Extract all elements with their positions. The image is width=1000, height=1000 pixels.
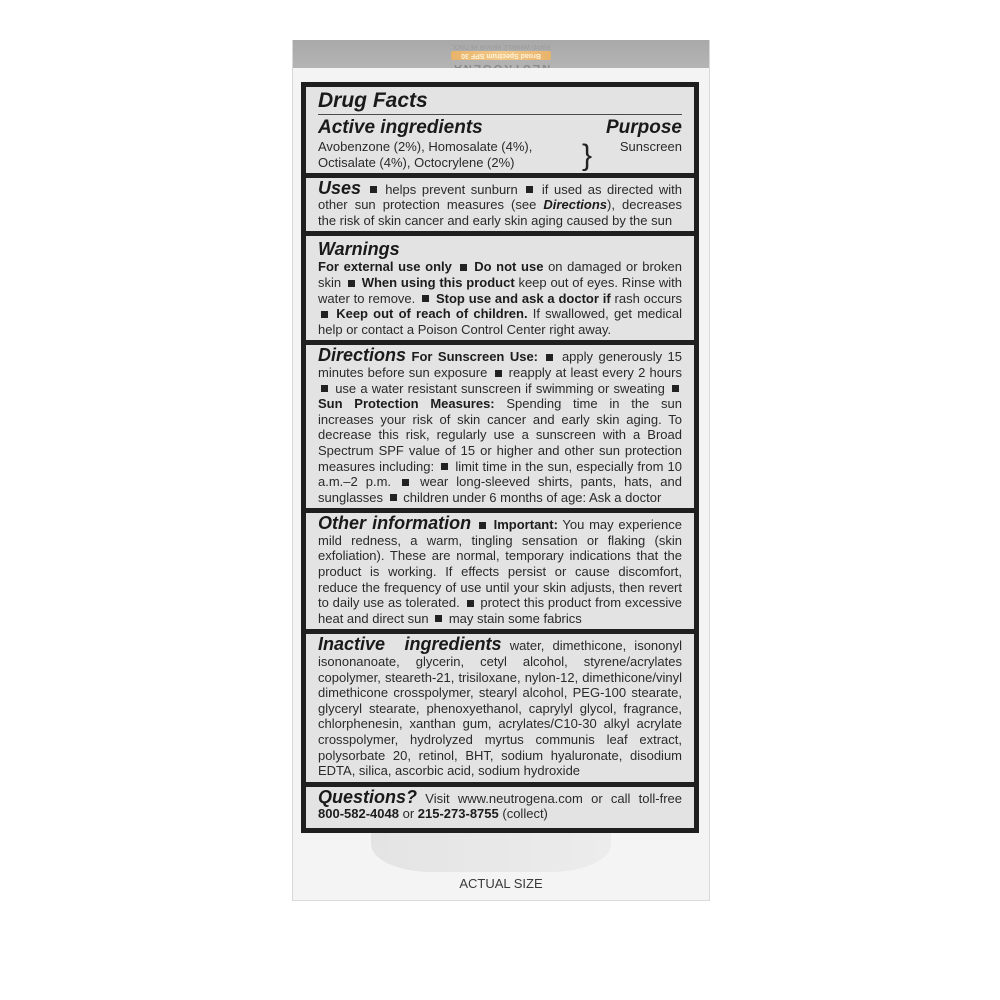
- other-information-heading: Other information: [318, 513, 471, 533]
- active-ingredients-line-1: Avobenzone (2%), Homosalate (4%),: [318, 139, 573, 155]
- purpose-heading: Purpose: [606, 117, 682, 139]
- inactive-ingredients-text: water, dimethicone, isononyl isononanoat…: [318, 638, 682, 778]
- directions-sun-protection-label: Sun Protection Measures:: [318, 396, 495, 411]
- active-ingredients-heading: Active ingredients: [318, 117, 573, 139]
- warnings-heading: Warnings: [318, 239, 682, 259]
- purpose-column: Purpose Sunscreen: [606, 117, 682, 171]
- brace-icon: }: [582, 141, 592, 171]
- bullet-square-icon: [526, 186, 533, 193]
- bullet-square-icon: [390, 494, 397, 501]
- other-important-label: Important:: [494, 517, 558, 532]
- section-warnings: Warnings For external use only Do not us…: [306, 236, 694, 340]
- bullet-square-icon: [348, 280, 355, 287]
- section-active-ingredients: Drug Facts Active ingredients Avobenzone…: [306, 87, 694, 173]
- other-item-3: may stain some fabrics: [449, 611, 582, 626]
- warning-do-not-use: Do not use: [474, 259, 543, 274]
- directions-item-3: use a water resistant sunscreen if swimm…: [335, 381, 665, 396]
- bullet-square-icon: [321, 385, 328, 392]
- bullet-square-icon: [495, 370, 502, 377]
- questions-phone-1: 800-582-4048: [318, 806, 399, 821]
- actual-size-label: ACTUAL SIZE: [293, 876, 709, 891]
- bullet-square-icon: [460, 264, 467, 271]
- spf-band-mirrored: Broad Spectrum SPF 30: [451, 51, 551, 60]
- warning-keep-out: Keep out of reach of children.: [336, 306, 527, 321]
- uses-heading: Uses: [318, 178, 361, 198]
- section-directions: Directions For Sunscreen Use: apply gene…: [306, 345, 694, 508]
- bullet-square-icon: [467, 600, 474, 607]
- section-questions: Questions? Visit www.neutrogena.com or c…: [306, 787, 694, 828]
- questions-visit-text: Visit www.neutrogena.com or call toll-fr…: [425, 791, 682, 806]
- box-top-flap: NEUTROGENA Broad Spectrum SPF 30 RAPID W…: [293, 40, 709, 68]
- questions-collect-text: (collect): [502, 806, 548, 821]
- bullet-square-icon: [321, 311, 328, 318]
- questions-heading: Questions?: [318, 787, 417, 807]
- warning-external-use: For external use only: [318, 259, 452, 274]
- bullet-square-icon: [546, 354, 553, 361]
- purpose-block: } Purpose Sunscreen: [582, 117, 682, 171]
- questions-or-text: or: [403, 806, 415, 821]
- drug-facts-title-row: Drug Facts: [318, 88, 682, 115]
- directions-item-6: children under 6 months of age: Ask a do…: [403, 490, 661, 505]
- product-box-back: NEUTROGENA Broad Spectrum SPF 30 RAPID W…: [292, 40, 710, 901]
- active-ingredients-row: Active ingredients Avobenzone (2%), Homo…: [318, 117, 682, 171]
- uses-item-1: helps prevent sunburn: [385, 182, 518, 197]
- active-ingredients-line-2: Octisalate (4%), Octocrylene (2%): [318, 155, 573, 171]
- bullet-square-icon: [479, 522, 486, 529]
- drug-facts-panel: Drug Facts Active ingredients Avobenzone…: [301, 82, 699, 833]
- bullet-square-icon: [402, 479, 409, 486]
- section-uses: Uses helps prevent sunburn if used as di…: [306, 178, 694, 232]
- brand-logo-mirrored: NEUTROGENA: [293, 63, 709, 68]
- inactive-ingredients-heading: Inactive ingredients: [318, 634, 502, 654]
- questions-phone-2: 215-273-8755: [418, 806, 499, 821]
- warning-stop-use-text: rash occurs: [615, 291, 682, 306]
- bullet-square-icon: [441, 463, 448, 470]
- warning-stop-use: Stop use and ask a doctor if: [436, 291, 611, 306]
- bullet-square-icon: [435, 615, 442, 622]
- directions-sunscreen-use-label: For Sunscreen Use:: [412, 349, 539, 364]
- flap-small-text: RAPID WRINKLE REPAIR RETINOL: [293, 41, 709, 50]
- drug-facts-title: Drug Facts: [318, 89, 428, 112]
- directions-heading: Directions: [318, 345, 406, 365]
- uses-directions-ref: Directions: [543, 197, 607, 212]
- bullet-square-icon: [422, 295, 429, 302]
- purpose-value: Sunscreen: [606, 139, 682, 155]
- active-ingredients-list: Active ingredients Avobenzone (2%), Homo…: [318, 117, 573, 170]
- directions-item-2: reapply at least every 2 hours: [509, 365, 682, 380]
- flap-mirrored-print: NEUTROGENA Broad Spectrum SPF 30 RAPID W…: [293, 41, 709, 68]
- bullet-square-icon: [672, 385, 679, 392]
- section-inactive-ingredients: Inactive ingredients water, dimethicone,…: [306, 634, 694, 781]
- bullet-square-icon: [370, 186, 377, 193]
- warning-when-using: When using this product: [362, 275, 515, 290]
- section-other-information: Other information Important: You may exp…: [306, 513, 694, 629]
